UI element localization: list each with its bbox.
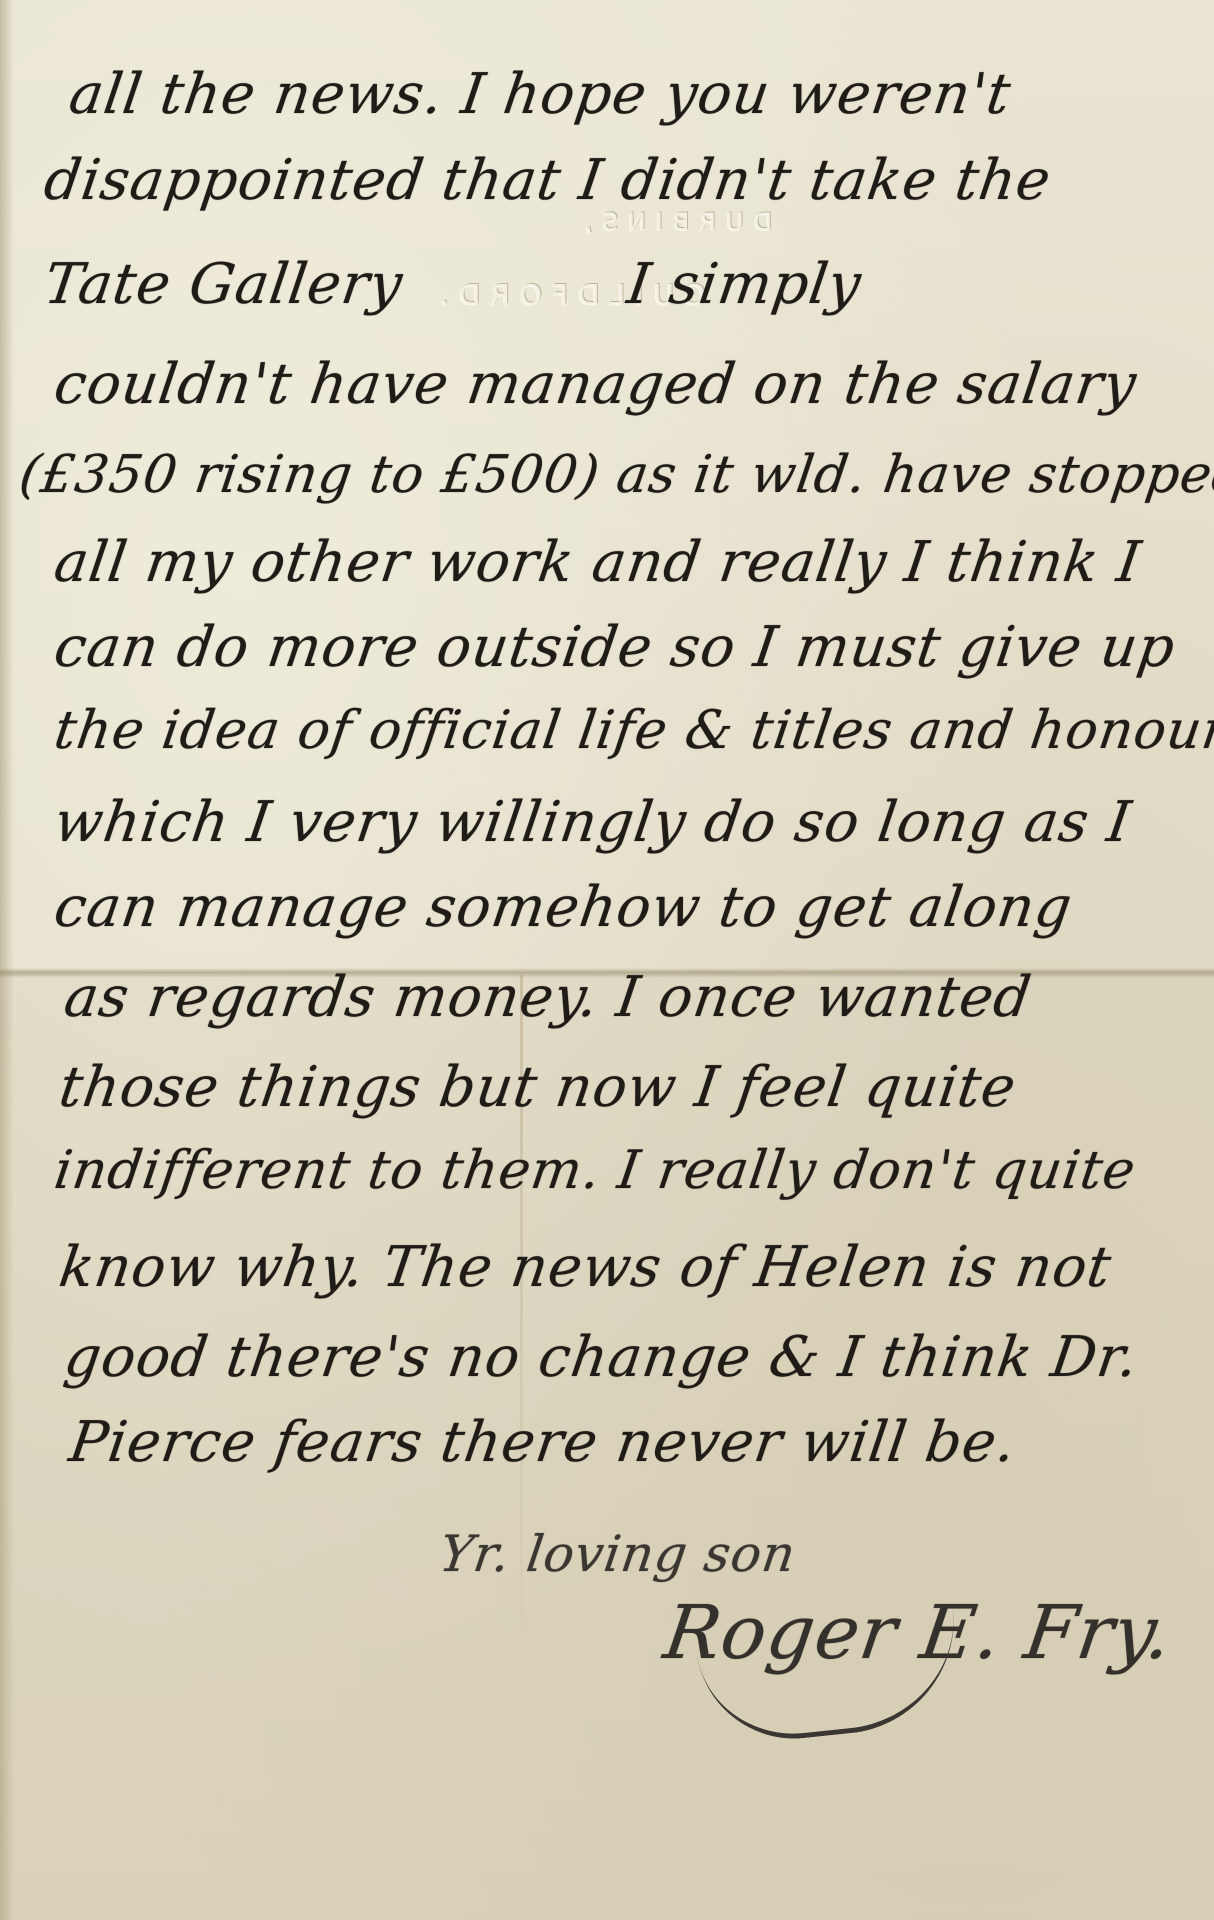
letter-line-3: Tate Gallery I simply (40, 252, 865, 317)
letter-line-1: all the news. I hope you weren't (65, 62, 1015, 127)
letter-line-5: (£350 rising to £500) as it wld. have st… (16, 445, 1214, 505)
letter-line-12: those things but now I feel quite (55, 1055, 1020, 1120)
letter-line-15: good there's no change & I think Dr. (60, 1325, 1142, 1390)
letter-line-13: indifferent to them. I really don't quit… (51, 1140, 1140, 1201)
letter-line-10: can manage somehow to get along (50, 875, 1076, 940)
letter-line-2: disappointed that I didn't take the (40, 148, 1055, 213)
letter-line-7: can do more outside so I must give up (50, 615, 1179, 680)
letter-line-14: know why. The news of Helen is not (55, 1235, 1115, 1300)
letter-page: DURBINS, GUILDFORD. all the news. I hope… (0, 0, 1214, 1920)
letter-closing: Yr. loving son (436, 1525, 800, 1583)
letter-line-4: couldn't have managed on the salary (50, 352, 1140, 417)
letter-line-9: which I very willingly do so long as I (50, 790, 1135, 855)
letter-line-16: Pierce fears there never will be. (65, 1410, 1020, 1475)
letter-line-11: as regards money. I once wanted (60, 965, 1035, 1030)
letter-line-6: all my other work and really I think I (50, 530, 1145, 595)
letter-line-8: the idea of official life & titles and h… (51, 700, 1214, 761)
